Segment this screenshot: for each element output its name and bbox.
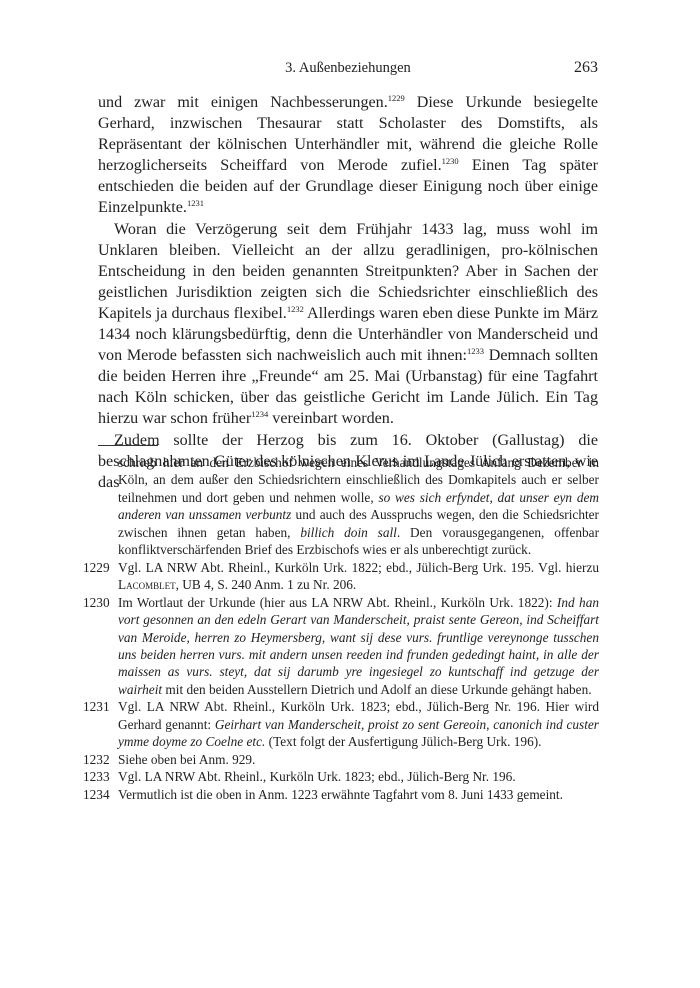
footnotes: schrieb hier an den Erzbischof wegen ein… — [83, 454, 599, 803]
footnote-number: 1234 — [83, 786, 118, 803]
footnote-reference[interactable]: 1229 — [388, 93, 405, 103]
footnote-number: 1231 — [83, 698, 118, 750]
footnote-1230: 1230 Im Wortlaut der Urkunde (hier aus L… — [83, 594, 599, 699]
main-text: und zwar mit einigen Nachbesserungen.122… — [98, 92, 598, 493]
footnote-1229: 1229 Vgl. LA NRW Abt. Rheinl., Kurköln U… — [83, 559, 599, 594]
paragraph: und zwar mit einigen Nachbesserungen.122… — [98, 92, 598, 219]
footnote-number: 1229 — [83, 559, 118, 594]
footnote-divider — [98, 445, 158, 446]
paragraph: Woran die Verzögerung seit dem Frühjahr … — [98, 219, 598, 430]
footnote-continued: schrieb hier an den Erzbischof wegen ein… — [83, 454, 599, 559]
footnote-number: 1233 — [83, 768, 118, 785]
footnote-1233: 1233 Vgl. LA NRW Abt. Rheinl., Kurköln U… — [83, 768, 599, 785]
footnote-number: 1230 — [83, 594, 118, 699]
footnote-1234: 1234 Vermutlich ist die oben in Anm. 122… — [83, 786, 599, 803]
footnote-reference[interactable]: 1230 — [442, 156, 459, 166]
footnote-1232: 1232 Siehe oben bei Anm. 929. — [83, 751, 599, 768]
running-title: 3. Außenbeziehungen — [98, 60, 598, 77]
footnote-reference[interactable]: 1234 — [251, 409, 268, 419]
page-number: 263 — [574, 59, 598, 77]
footnote-number: 1232 — [83, 751, 118, 768]
footnote-1231: 1231 Vgl. LA NRW Abt. Rheinl., Kurköln U… — [83, 698, 599, 750]
footnote-reference[interactable]: 1231 — [187, 198, 204, 208]
footnote-reference[interactable]: 1233 — [467, 346, 484, 356]
footnote-reference[interactable]: 1232 — [287, 304, 304, 314]
page-header: 3. Außenbeziehungen 263 — [98, 60, 598, 80]
